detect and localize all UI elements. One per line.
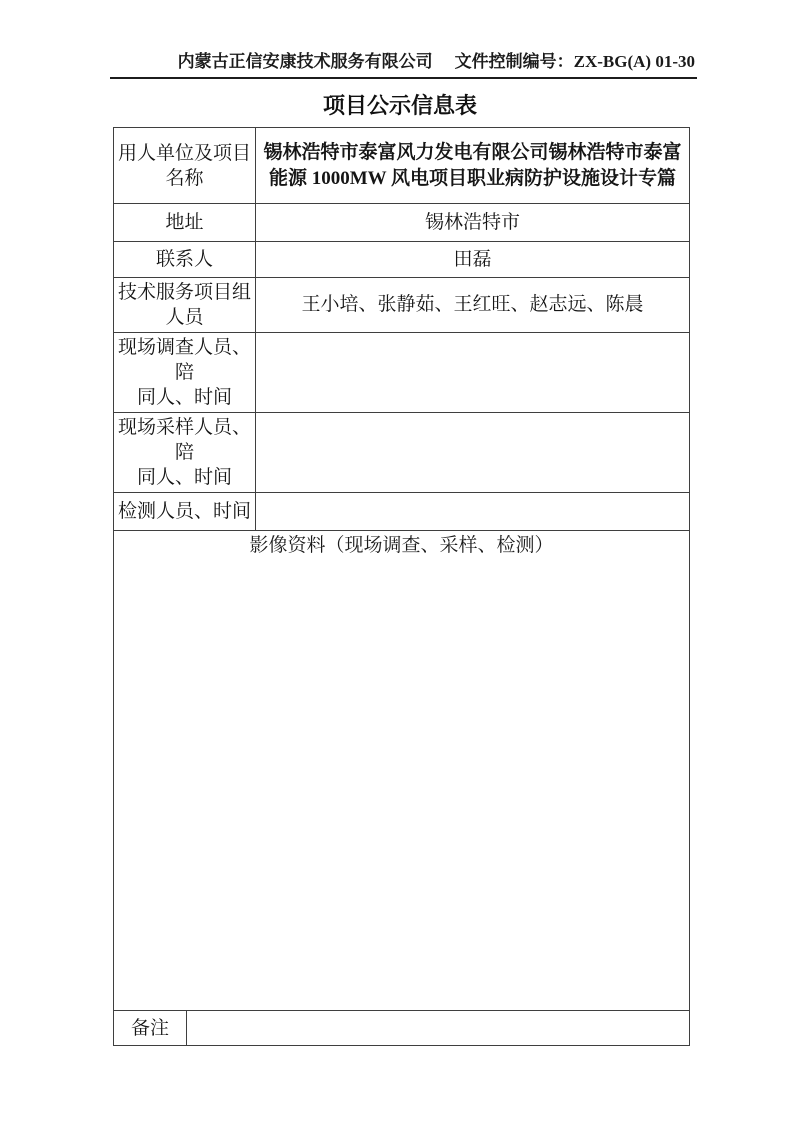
remarks-value — [187, 1011, 690, 1046]
site-sampling-label: 现场采样人员、陪 同人、时间 — [114, 413, 256, 493]
table-row-contact: 联系人 田磊 — [114, 242, 690, 278]
employer-project-name-label: 用人单位及项目 名称 — [114, 128, 256, 204]
table-row-address: 地址 锡林浩特市 — [114, 204, 690, 242]
remarks-label: 备注 — [114, 1011, 187, 1046]
site-survey-label: 现场调查人员、陪 同人、时间 — [114, 333, 256, 413]
site-sampling-value — [256, 413, 690, 493]
table-row-service-team: 技术服务项目组 人员 王小培、张静茹、王红旺、赵志远、陈晨 — [114, 278, 690, 333]
service-team-value: 王小培、张静茹、王红旺、赵志远、陈晨 — [256, 278, 690, 333]
address-label: 地址 — [114, 204, 256, 242]
document-header-line: 内蒙古正信安康技术服务有限公司文件控制编号：ZX-BG(A) 01-30 — [110, 52, 697, 72]
address-value: 锡林浩特市 — [256, 204, 690, 242]
testing-personnel-label: 检测人员、时间 — [114, 493, 256, 531]
table-row-testing: 检测人员、时间 — [114, 493, 690, 531]
employer-project-name-value: 锡林浩特市泰富风力发电有限公司锡林浩特市泰富能源 1000MW 风电项目职业病防… — [256, 128, 690, 204]
table-row-site-survey: 现场调查人员、陪 同人、时间 — [114, 333, 690, 413]
contact-person-label: 联系人 — [114, 242, 256, 278]
doc-control-number: 文件控制编号：ZX-BG(A) 01-30 — [455, 52, 695, 71]
media-section-label: 影像资料（现场调查、采样、检测） — [114, 531, 690, 1011]
table-row-remarks: 备注 — [114, 1011, 690, 1046]
header-divider-rule — [110, 77, 697, 79]
page-title: 项目公示信息表 — [0, 92, 800, 120]
document-header: 内蒙古正信安康技术服务有限公司文件控制编号：ZX-BG(A) 01-30 — [110, 52, 697, 79]
company-name: 内蒙古正信安康技术服务有限公司 — [178, 52, 433, 71]
contact-person-value: 田磊 — [256, 242, 690, 278]
document-page: 内蒙古正信安康技术服务有限公司文件控制编号：ZX-BG(A) 01-30 项目公… — [0, 0, 800, 1131]
service-team-label: 技术服务项目组 人员 — [114, 278, 256, 333]
site-survey-value — [256, 333, 690, 413]
project-info-table: 用人单位及项目 名称 锡林浩特市泰富风力发电有限公司锡林浩特市泰富能源 1000… — [113, 127, 690, 1046]
table-row-media: 影像资料（现场调查、采样、检测） — [114, 531, 690, 1011]
testing-personnel-value — [256, 493, 690, 531]
table-row-employer: 用人单位及项目 名称 锡林浩特市泰富风力发电有限公司锡林浩特市泰富能源 1000… — [114, 128, 690, 204]
table-row-site-sampling: 现场采样人员、陪 同人、时间 — [114, 413, 690, 493]
